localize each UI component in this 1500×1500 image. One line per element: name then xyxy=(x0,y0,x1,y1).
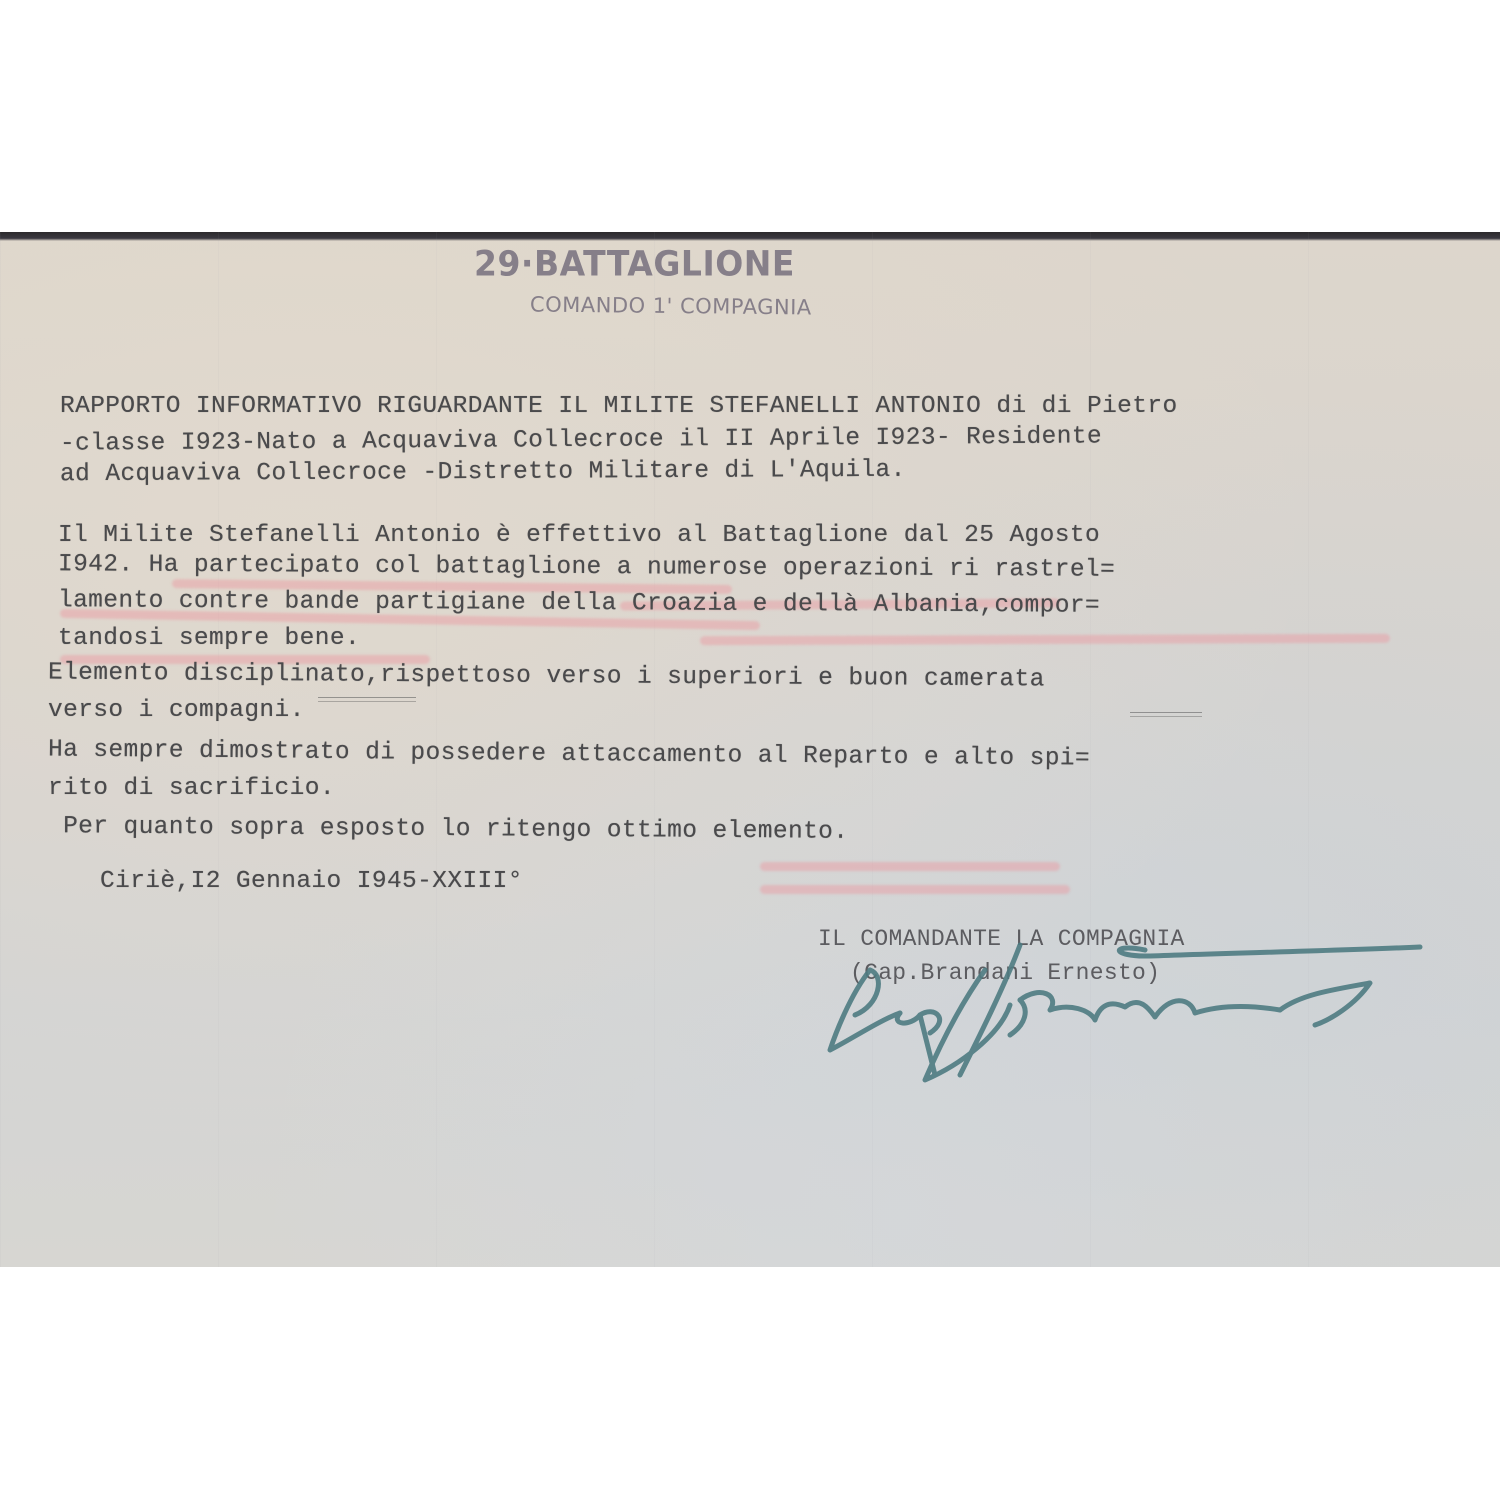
highlight-mark xyxy=(760,862,1060,871)
typed-underline xyxy=(318,697,416,702)
body-line-4: tandosi sempre bene. xyxy=(58,625,360,652)
highlight-mark xyxy=(760,885,1070,894)
dateline: Ciriè,I2 Gennaio I945-XXIII° xyxy=(100,868,523,895)
handwritten-signature xyxy=(810,925,1430,1085)
body-line-8: rito di sacrificio. xyxy=(48,775,335,802)
body-line-2: I942. Ha partecipato col battaglione a n… xyxy=(58,551,1115,584)
typed-underline xyxy=(1130,712,1202,717)
stamp-company: COMANDO 1' COMPAGNIA xyxy=(530,293,812,320)
stamp-battalion: 29·BATTAGLIONE xyxy=(474,243,795,284)
heading-line-3: ad Acquaviva Collecroce -Distretto Milit… xyxy=(60,457,906,488)
body-line-1: Il Milite Stefanelli Antonio è effettivo… xyxy=(58,522,1100,549)
body-line-6: verso i compagni. xyxy=(48,697,305,724)
heading-line-1: RAPPORTO INFORMATIVO RIGUARDANTE IL MILI… xyxy=(60,393,1178,420)
body-line-9: Per quanto sopra esposto lo ritengo otti… xyxy=(48,813,849,846)
body-line-3: lamento contre bande partigiane della Cr… xyxy=(58,587,1100,619)
